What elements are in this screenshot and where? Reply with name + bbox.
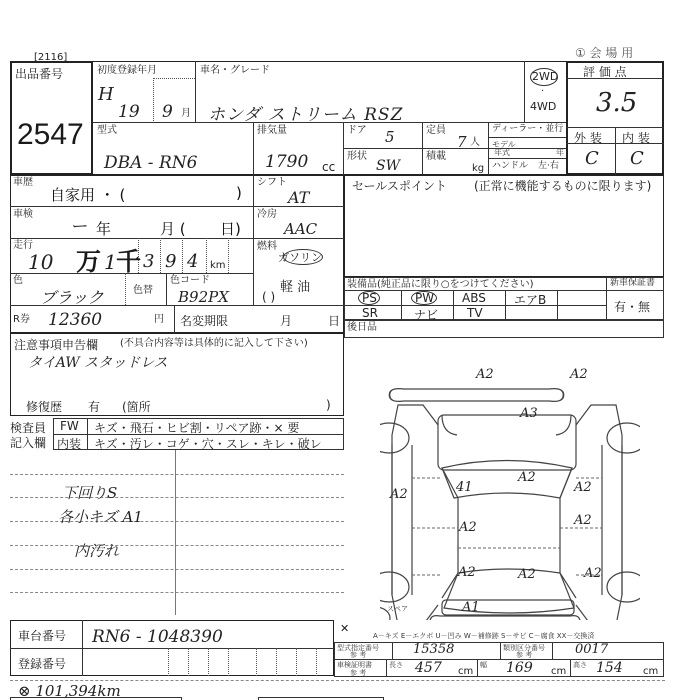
color-label: 色 [13, 275, 23, 286]
warranty-value: 有・無 [614, 298, 650, 315]
model-year-label-2: 年式 [494, 147, 510, 158]
equip-tv: TV [467, 306, 483, 320]
model-year-unit: 年 [556, 147, 564, 158]
inspection-value: ー [70, 212, 87, 237]
equip-abs: ABS [462, 291, 486, 305]
inspection-month: 月 ( [160, 218, 186, 239]
ac-value: AAC [284, 220, 317, 238]
rear-bumper-shape [390, 389, 564, 402]
sales-point-label: セールスポイント [352, 177, 447, 194]
recycle-unit: 円 [154, 314, 164, 325]
name-change-month: 月 [280, 312, 292, 329]
dimensions-sub: 参 考 [350, 668, 366, 678]
mileage-digit-3: 4 [187, 251, 198, 272]
car-name-label: 車名・グレード [200, 65, 270, 76]
mileage-digit-2: 9 [165, 251, 176, 272]
inspector-comment-2: 各小キズ A1 [58, 506, 143, 527]
shift-value: AT [288, 188, 309, 207]
recycle-label: R券 [13, 314, 30, 325]
shape-value: SW [376, 158, 400, 174]
first-reg-era: H [98, 84, 114, 105]
length-label: 長さ [389, 660, 403, 670]
car-damage-diagram [380, 360, 640, 620]
color-code-value: B92PX [178, 288, 229, 306]
inspection-year: 年 [96, 218, 111, 239]
fuel-gasoline: ガソリン [278, 252, 322, 264]
height-unit: cm [643, 666, 658, 677]
mark-trunk: A3 [520, 406, 538, 421]
fuel-label: 燃料 [257, 241, 277, 252]
notes-sub: (不具合内容等は具体的に記入して下さい) [120, 338, 308, 349]
spare-label: スペア [387, 604, 408, 614]
first-reg-year: 19 [118, 102, 140, 122]
name-change-day: 日 [328, 312, 340, 329]
chassis-label: 車台番号 [18, 627, 66, 644]
category-number-value: 0017 [575, 642, 608, 657]
length-value: 457 [415, 660, 442, 676]
name-change-label: 名変期限 [180, 312, 228, 329]
capacity-label: 定員 [426, 125, 446, 136]
chassis-value: RN6 - 1048390 [92, 627, 223, 647]
inspection-day: 日) [220, 218, 241, 239]
fw-items: キズ・飛石・ヒビ割・リペア跡・× 要 [94, 419, 299, 436]
interior-label: 内 装 [622, 129, 650, 146]
history-value: 自家用 ・ ( [50, 184, 125, 205]
type-designation-value: 15358 [413, 642, 454, 657]
exterior-grade: C [585, 148, 599, 169]
inspector-comment-3: 内汚れ [74, 540, 119, 561]
later-items-box [344, 320, 664, 338]
equip-airbag: エアB [514, 291, 546, 308]
interior-grade: C [630, 148, 644, 169]
mark-left-front-fender: A2 [458, 565, 476, 580]
equip-sr: SR [362, 306, 378, 320]
handle-label: ハンドル [492, 162, 528, 172]
shift-label: シフト [257, 177, 287, 188]
mileage-man-value: 10 [28, 250, 53, 274]
first-reg-month: 9 [162, 102, 173, 122]
mark-right-rear-door: A2 [574, 480, 592, 495]
inspector-comment-1: 下回りS [62, 482, 117, 503]
repair-label: 修復歴 [26, 398, 62, 415]
mark-roof: A2 [518, 470, 536, 485]
length-unit: cm [458, 666, 473, 677]
first-reg-month-unit: 月 [181, 108, 191, 119]
load-unit: kg [472, 163, 484, 174]
mileage-digit-1: 3 [143, 251, 154, 272]
inspection-label: 車検 [13, 209, 33, 220]
category-number-sub: 参 考 [516, 650, 532, 660]
fw-label: FW [60, 419, 79, 433]
displacement-value: 1790 [265, 152, 308, 172]
notes-label: 注意事項申告欄 [14, 336, 98, 353]
fuel-diesel: 軽 油 [280, 276, 310, 295]
equip-pw-circle [411, 291, 437, 305]
notes-value: タイAW スタッドレス [28, 352, 168, 372]
mileage-unit: km [210, 260, 226, 271]
mark-hood: A2 [518, 567, 536, 582]
mark-rear-bumper-left: A2 [476, 367, 494, 382]
repair-place: (箇所 [122, 398, 151, 415]
color-change-label: 色替 [133, 285, 153, 296]
fuel-other: ( ) [262, 290, 275, 304]
doors-label: ドア [347, 125, 367, 136]
mark-right-front-fender: A2 [584, 566, 602, 581]
mileage-sen-value: 1 [104, 250, 117, 274]
warranty-label: 新車保証書 [610, 279, 655, 289]
displacement-unit: cc [322, 160, 335, 174]
drive-4wd: 4WD [530, 100, 556, 113]
lot-number: 2547 [17, 118, 84, 152]
model-code-value: DBA - RN6 [104, 153, 197, 173]
later-items-label: 後日品 [347, 322, 377, 333]
drive-2wd: 2WD [532, 70, 558, 83]
first-reg-label: 初度登録年月 [97, 65, 157, 76]
repair-close: ) [326, 398, 331, 412]
score-value: 3.5 [596, 88, 637, 118]
score-label: 評 価 点 [583, 63, 627, 80]
repair-value: 有 [88, 398, 100, 415]
header-fragment: ① 会 場 用 [575, 44, 633, 61]
dealer-label: ディーラー・並行 [492, 125, 563, 135]
displacement-label: 排気量 [257, 125, 287, 136]
handle-options: 左·右 [538, 162, 559, 172]
mark-rear-bumper-right: A2 [570, 367, 588, 382]
mark-right-front-door: A2 [574, 513, 592, 528]
height-label: 高さ [573, 660, 587, 670]
diagram-legend: A－キズ E－エクボ U－凹み W－補修跡 S－サビ C－腐食 XX－交換済 [373, 631, 594, 641]
capacity-unit: 人 [470, 137, 480, 148]
exterior-label: 外 装 [574, 129, 602, 146]
history-close: ) [236, 184, 242, 202]
interior-items: キズ・汚レ・コゲ・穴・スレ・キレ・破レ [94, 435, 322, 452]
width-label: 幅 [480, 660, 487, 670]
sales-point-note: (正常に機能するものに限ります) [474, 177, 651, 194]
doors-value: 5 [385, 128, 395, 146]
lot-label: 出品番号 [15, 65, 63, 82]
history-label: 車歴 [13, 177, 33, 188]
registration-label: 登録番号 [18, 655, 66, 672]
model-code-label: 型式 [97, 125, 117, 136]
mark-left-note: 41 [456, 480, 473, 495]
mark-front-bumper: A1 [462, 600, 480, 615]
load-label: 積載 [426, 151, 446, 162]
type-designation-sub: 参 考 [350, 650, 366, 660]
width-unit: cm [551, 666, 566, 677]
capacity-value: 7 [457, 133, 467, 151]
equip-ps-circle [358, 291, 380, 305]
ac-label: 冷房 [257, 209, 277, 220]
mark-left-pillar: A2 [459, 520, 477, 535]
cross-mark-icon: ✕ [340, 622, 349, 635]
interior-check-label: 内装 [57, 435, 81, 452]
mark-left-panel: A2 [390, 487, 408, 502]
inspector-label-2: 記入欄 [10, 434, 46, 451]
color-code-label: 色コード [170, 275, 210, 286]
equipment-label: 装備品(純正品に限り○をつけてください) [347, 279, 534, 290]
shape-label: 形状 [347, 151, 367, 162]
width-value: 169 [506, 660, 533, 676]
height-value: 154 [596, 660, 623, 676]
recycle-value: 12360 [48, 310, 102, 330]
